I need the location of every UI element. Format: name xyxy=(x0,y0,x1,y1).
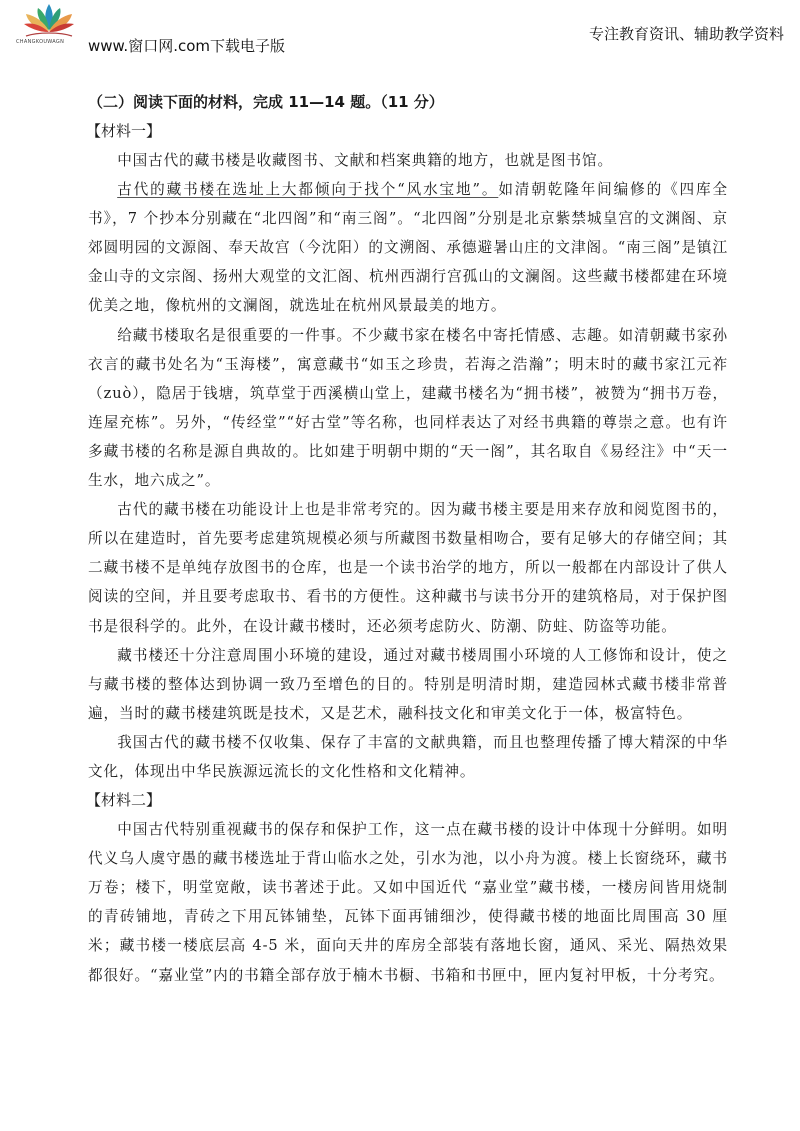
underlined-sentence: 古代的藏书楼在选址上大都倾向于找个“风水宝地”。 xyxy=(117,181,498,198)
site-name[interactable]: www.窗口网.com下载电子版 xyxy=(88,35,285,56)
paragraph: 我国古代的藏书楼不仅收集、保存了丰富的文献典籍，而且也整理传播了博大精深的中华文… xyxy=(88,728,728,786)
paragraph: 古代的藏书楼在功能设计上也是非常考究的。因为藏书楼主要是用来存放和阅览图书的，所… xyxy=(88,495,728,640)
paragraph-text: 如清朝乾隆年间编修的《四库全书》，7 个抄本分别藏在“北四阁”和“南三阁”。“北… xyxy=(88,181,728,314)
material-two-label: 【材料二】 xyxy=(86,786,728,815)
material-one-label: 【材料一】 xyxy=(86,117,728,146)
paragraph: 中国古代的藏书楼是收藏图书、文献和档案典籍的地方，也就是图书馆。 xyxy=(88,146,728,175)
logo-wordmark: CHANGKOUWAGN xyxy=(16,39,64,45)
page-header: CHANGKOUWAGN www.窗口网.com下载电子版 专注教育资讯、辅助教… xyxy=(0,0,800,70)
site-slogan: 专注教育资讯、辅助教学资料 xyxy=(589,23,784,44)
paragraph: 古代的藏书楼在选址上大都倾向于找个“风水宝地”。如清朝乾隆年间编修的《四库全书》… xyxy=(88,175,728,320)
document-body: （二）阅读下面的材料，完成 11—14 题。（11 分） 【材料一】 中国古代的… xyxy=(88,88,728,990)
section-title: （二）阅读下面的材料，完成 11—14 题。（11 分） xyxy=(88,88,728,117)
paragraph: 中国古代特别重视藏书的保存和保护工作，这一点在藏书楼的设计中体现十分鲜明。如明代… xyxy=(88,815,728,990)
paragraph: 给藏书楼取名是很重要的一件事。不少藏书家在楼名中寄托情感、志趣。如清朝藏书家孙衣… xyxy=(88,321,728,496)
paragraph: 藏书楼还十分注意周围小环境的建设，通过对藏书楼周围小环境的人工修饰和设计，使之与… xyxy=(88,641,728,728)
